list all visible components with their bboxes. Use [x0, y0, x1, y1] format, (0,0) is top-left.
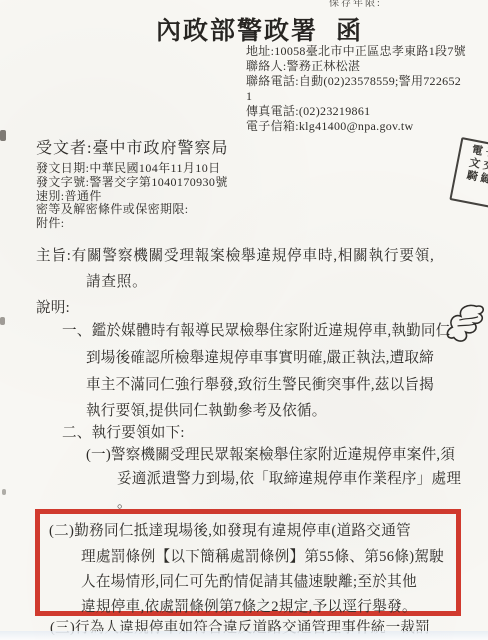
sender-phone-wrap: 1: [246, 89, 466, 104]
explanation-heading: 說明:: [36, 296, 70, 317]
sender-phone: 聯絡電話:自動(02)23578559;警用722652: [246, 74, 466, 89]
sender-email: 電子信箱:klg41400@npa.gov.tw: [246, 119, 466, 134]
explanation-item2-heading: 二、執行要領如下:: [62, 421, 185, 442]
scanned-official-letter: 保存年限: 內政部警政署函 地址:10058臺北市中正區忠孝東路1段7號 聯絡人…: [0, 0, 488, 640]
explanation-line: 到場後確認所檢舉違規停車事實明確,嚴正執法,遭取締: [86, 346, 434, 367]
highlighted-line: (二)勤務同仁抵達現場後,如發現有違規停車(道路交通管: [49, 519, 411, 540]
scan-artifact: [2, 489, 6, 495]
highlighted-line: 違規停車,依處罰條例第7條之2規定,予以逕行舉發。: [81, 595, 417, 616]
highlighted-line: 理處罰條例【以下簡稱處罰條例】第55條、第56條)駕駛: [81, 545, 444, 566]
issue-number: 發文字號:警署交字第1040170930號: [36, 176, 228, 190]
electronic-exchange-seam-stamp: 電文騎 子交縫: [449, 137, 488, 209]
highlighted-line: 人在場情形,同仁可先酌情促請其儘速駛離;至於其他: [81, 570, 417, 591]
document-title: 內政部警政署函: [156, 11, 363, 47]
recipient-line: 受文者:臺中市政府警察局: [36, 135, 228, 158]
scan-edge-tint: [0, 631, 488, 640]
explanation-line: 車主不滿同仁強行舉發,致衍生警民衝突事件,茲以旨揭: [86, 373, 434, 394]
explanation-line: 一、鑑於媒體時有報導民眾檢舉住家附近違規停車,執勤同仁: [62, 319, 451, 340]
retention-period-note: 保存年限:: [329, 0, 382, 9]
red-highlight-box: (二)勤務同仁抵達現場後,如發現有違規停車(道路交通管 理處罰條例【以下簡稱處罰…: [35, 509, 461, 616]
subject-line-2: 請查照。: [86, 270, 148, 291]
document-meta-block: 發文日期:中華民國104年11月10日 發文字號:警署交字第1040170930…: [36, 162, 228, 231]
scan-artifact: [0, 317, 5, 325]
sender-contact-person: 聯絡人:警務正林松湛: [246, 59, 466, 74]
sender-info-block: 地址:10058臺北市中正區忠孝東路1段7號 聯絡人:警務正林松湛 聯絡電話:自…: [246, 44, 466, 134]
ink-blot-mark: [446, 301, 484, 364]
explanation-item2-1-line: 妥適派遣警力到場,依「取締違規停車作業程序」處理: [117, 467, 461, 488]
subject-line-1: 主旨:有關警察機關受理報案檢舉違規停車時,相關執行要領,: [36, 244, 435, 265]
scan-artifact: [0, 130, 6, 141]
explanation-item2-1-line: (一)警察機關受理民眾報案檢舉住家附近違規停車案件,須: [86, 443, 455, 464]
document-type-label: 函: [336, 18, 363, 45]
sender-address: 地址:10058臺北市中正區忠孝東路1段7號: [246, 44, 466, 59]
sender-fax: 傳真電話:(02)23219861: [246, 104, 466, 119]
agency-name: 內政部警政署: [156, 18, 318, 45]
issue-date: 發文日期:中華民國104年11月10日: [36, 162, 228, 176]
attachment-label: 附件:: [36, 217, 228, 231]
explanation-line: 執行要領,提供同仁執勤參考及依循。: [86, 399, 327, 420]
